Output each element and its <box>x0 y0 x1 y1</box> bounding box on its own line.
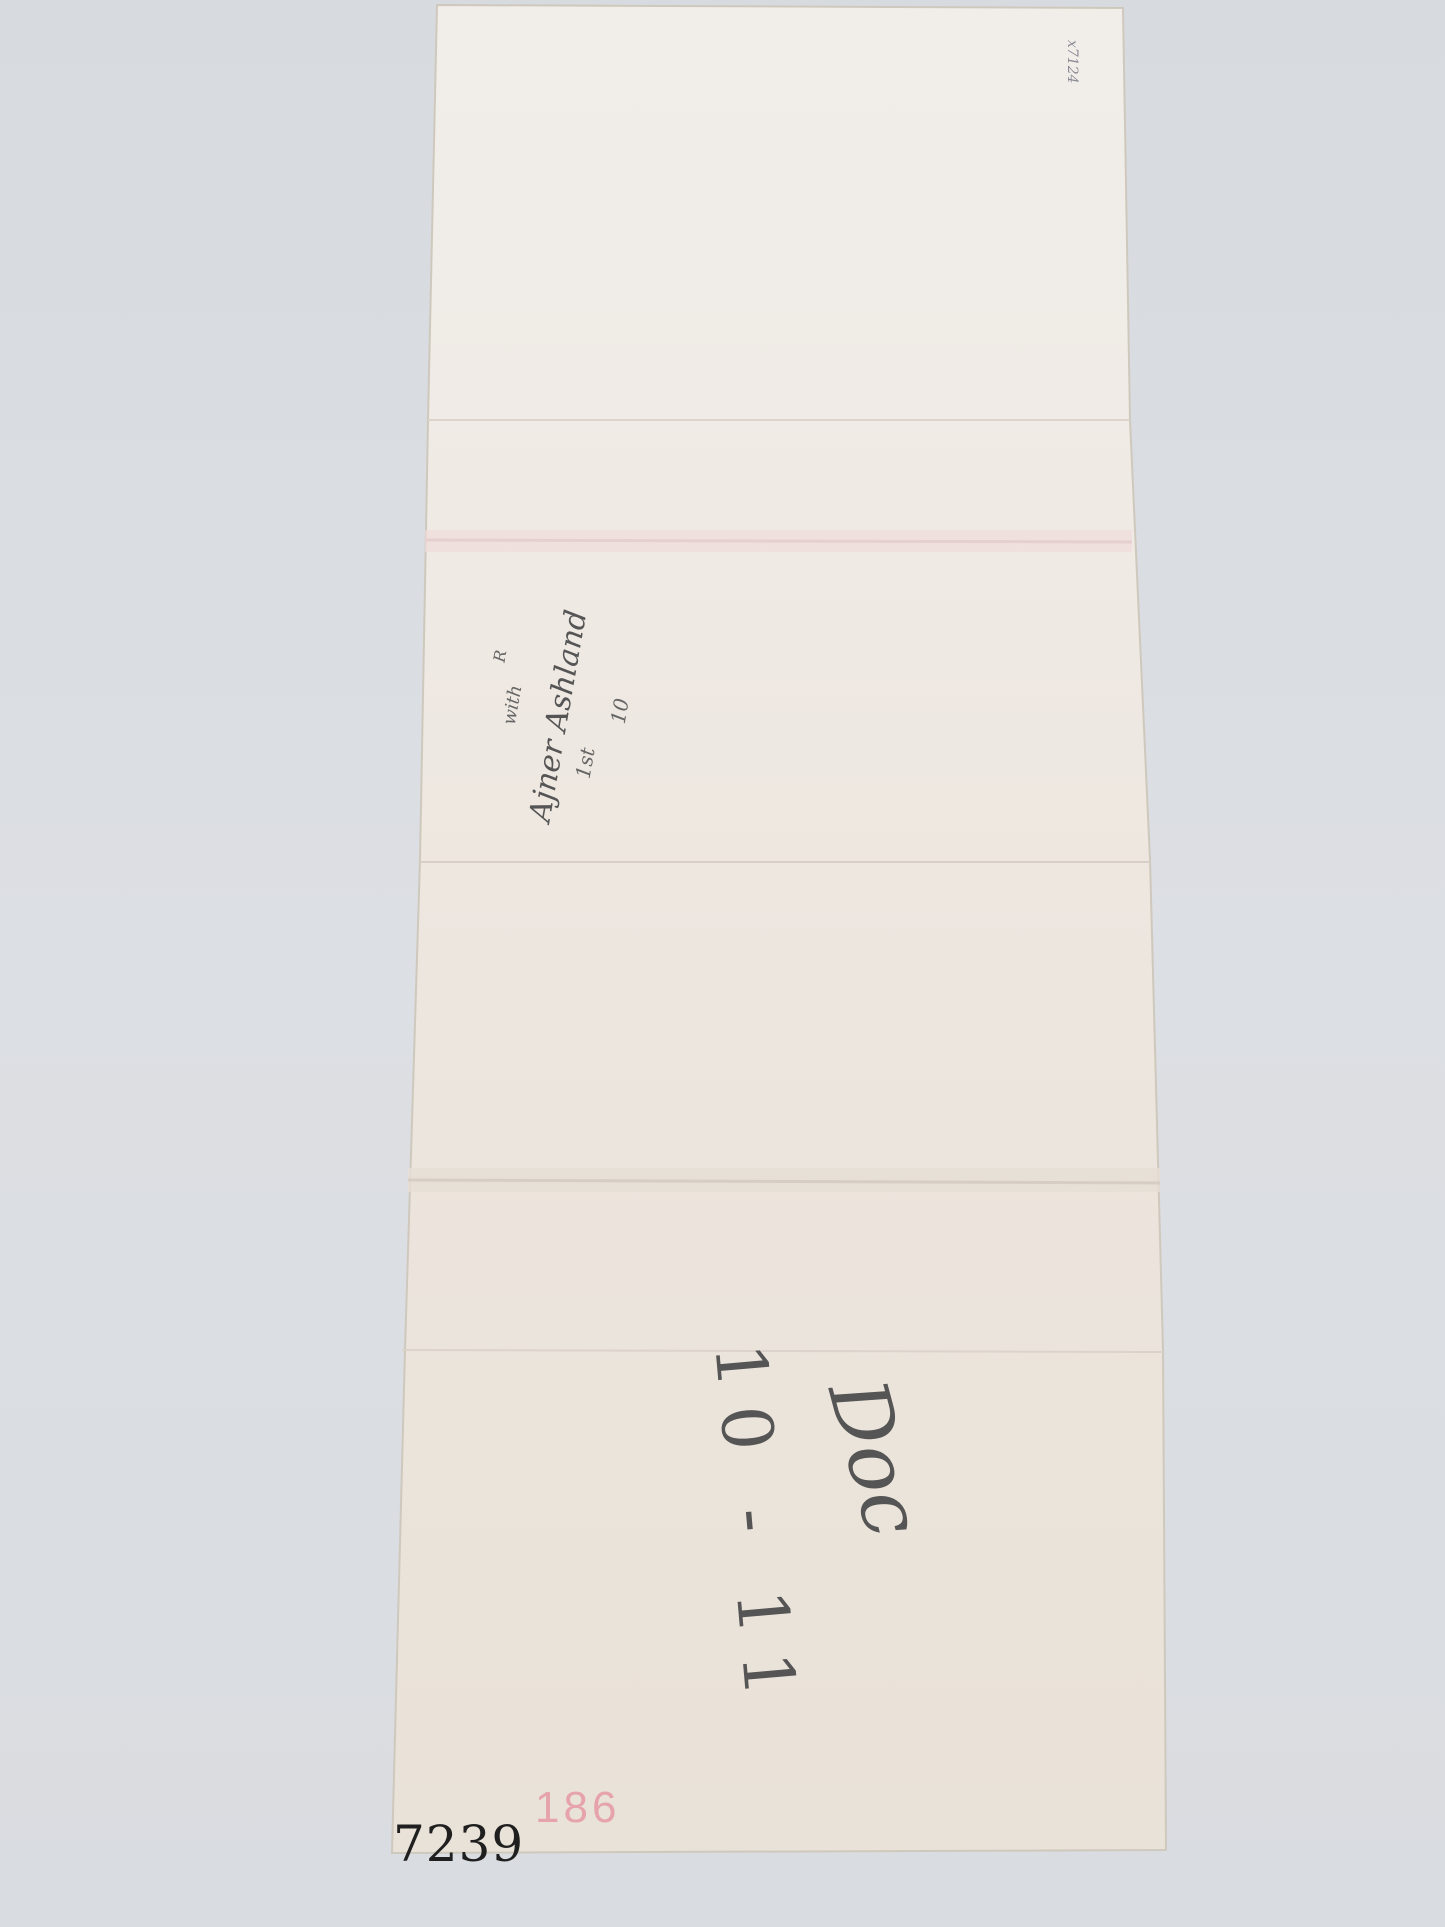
signature-block: Ajner Ashland with 1st 10 R <box>404 601 675 840</box>
folded-paper <box>0 0 1445 1927</box>
signature-line-3: 1st <box>571 746 600 781</box>
signature-line-4: 10 <box>606 696 634 725</box>
signature-line-1: Ajner Ashland <box>523 607 595 824</box>
signature-mark: R <box>490 648 511 663</box>
signature-line-2: with <box>499 684 527 727</box>
top-right-pencil-note: x7124 <box>1064 40 1080 84</box>
photo-scene: x7124 Ajner Ashland with 1st 10 R Doc 10… <box>0 0 1445 1927</box>
red-stamp-number: 186 <box>535 1783 620 1833</box>
inventory-number: 7239 <box>393 1815 524 1873</box>
